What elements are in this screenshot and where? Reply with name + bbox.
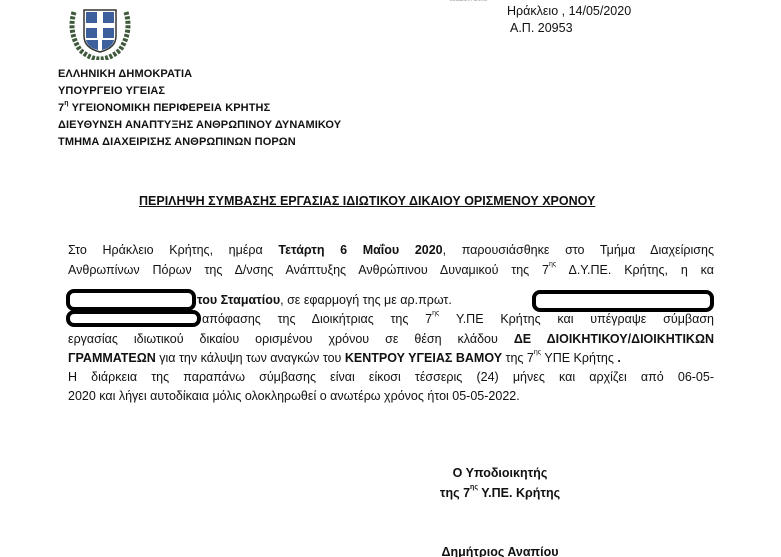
redacted-decision — [66, 310, 201, 327]
body-line-5: εργασίας ιδιωτικού δικαίου ορισμένου χρό… — [68, 332, 714, 346]
place-date: Ηράκλειο , 14/05/2020 — [507, 4, 631, 18]
document-title: ΠΕΡΙΛΗΨΗ ΣΥΜΒΑΣΗΣ ΕΡΓΑΣΙΑΣ ΙΔΙΩΤΙΚΟΥ ΔΙΚ… — [139, 194, 595, 208]
header-republic: ΕΛΛΗΝΙΚΗ ΔΗΜΟΚΡΑΤΙΑ — [58, 68, 192, 80]
body-line-1: Στο Ηράκλειο Κρήτης, ημέρα Τετάρτη 6 Μαΐ… — [68, 243, 714, 257]
body-line-7: Η διάρκεια της παραπάνω σύμβασης είναι ε… — [68, 370, 714, 384]
header-region: 7η ΥΓΕΙΟΝΟΜΙΚΗ ΠΕΡΙΦΕΡΕΙΑ ΚΡΗΤΗΣ — [58, 102, 270, 114]
body-line-3: του Σταματίου, σε εφαρμογή της με αρ.πρω… — [197, 293, 452, 307]
header-ministry: ΥΠΟΥΡΓΕΙΟ ΥΓΕΙΑΣ — [58, 85, 165, 97]
body-line-8: 2020 και λήγει αυτοδίκαια μόλις ολοκληρω… — [68, 389, 520, 403]
body-line-4: απόφασης της Διοικήτριας της 7ης Υ.ΠΕ Κρ… — [202, 312, 714, 326]
header-directorate: ΔΙΕΥΘΥΝΣΗ ΑΝΑΠΤΥΞΗΣ ΑΝΘΡΩΠΙΝΟΥ ΔΥΝΑΜΙΚΟΥ — [58, 119, 341, 131]
signature-org: της 7ης Υ.ΠΕ. Κρήτης — [400, 486, 600, 500]
body-line-2: Ανθρωπίνων Πόρων της Δ/νσης Ανάπτυξης Αν… — [68, 263, 714, 277]
location-stamp: Location: Athens — [450, 0, 487, 3]
signature-name: Δημήτριος Αναπίου — [400, 545, 600, 557]
body-line-6: ΓΡΑΜΜΑΤΕΩΝ για την κάλυψη των αναγκών το… — [68, 351, 621, 365]
protocol-number: Α.Π. 20953 — [510, 21, 573, 35]
greek-coat-of-arms-icon — [66, 2, 134, 60]
header-department: ΤΜΗΜΑ ΔΙΑΧΕΙΡΙΣΗΣ ΑΝΘΡΩΠΙΝΩΝ ΠΟΡΩΝ — [58, 136, 296, 148]
redacted-name — [66, 289, 196, 311]
redacted-protocol — [532, 290, 714, 312]
signature-role: Ο Υποδιοικητής — [400, 466, 600, 480]
